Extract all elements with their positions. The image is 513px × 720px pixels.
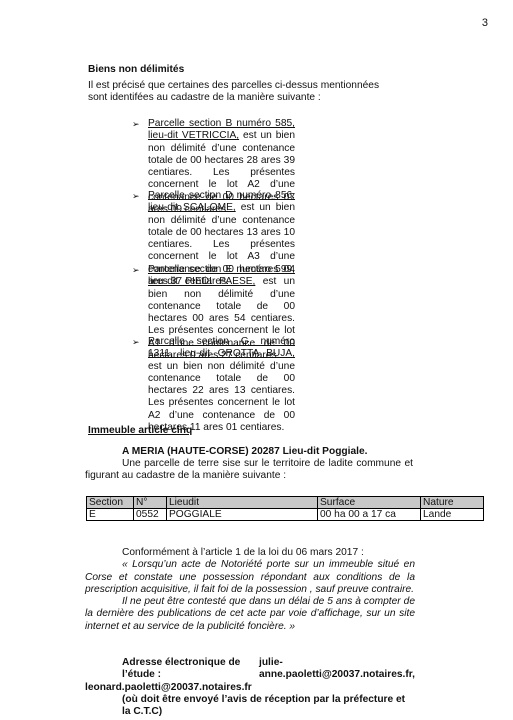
cell-lieudit: POGGIALE	[167, 509, 318, 521]
arrow-bullet-icon: ➢	[132, 118, 140, 130]
arrow-bullet-icon: ➢	[132, 190, 140, 202]
email-link-2[interactable]: leonard.paoletti@20037.notaires.fr	[85, 682, 415, 694]
table-header-row: Section N° Lieudit Surface Nature	[87, 497, 484, 509]
col-section: Section	[87, 497, 134, 509]
property-address: A MERIA (HAUTE-CORSE) 20287 Lieu-dit Pog…	[122, 446, 367, 458]
cadastre-table: Section N° Lieudit Surface Nature E 0552…	[86, 496, 484, 521]
law-quote-paragraph-1: « Lorsqu’un acte de Notoriété porte sur …	[85, 559, 415, 596]
col-lieudit: Lieudit	[167, 497, 318, 509]
email-link-1[interactable]: julie-anne.paoletti@20037.notaires.fr,	[259, 657, 415, 682]
section-heading-biens-non-delimites: Biens non délimités	[88, 64, 184, 76]
contact-line: Adresse électronique de l’étude : julie-…	[85, 657, 415, 682]
parcel-item: ➢ Parcelle section G numéro 1311, lieu-d…	[148, 336, 295, 434]
col-surface: Surface	[318, 497, 421, 509]
col-nature: Nature	[421, 497, 484, 509]
cell-nature: Lande	[421, 509, 484, 521]
section-heading-immeuble-article-cinq: Immeuble article cinq	[88, 425, 192, 437]
property-description: Une parcelle de terre sise sur le territ…	[85, 458, 413, 483]
section-intro: Il est précisé que certaines des parcell…	[88, 80, 388, 105]
contact-note: (où doit être envoyé l’avis de réception…	[85, 694, 415, 719]
parcel-body: est un bien non délimité d’une contenanc…	[148, 361, 295, 433]
contact-label: Adresse électronique de l’étude :	[122, 657, 259, 682]
arrow-bullet-icon: ➢	[132, 336, 140, 348]
cell-surface: 00 ha 00 a 17 ca	[318, 509, 421, 521]
law-reference: Conformément à l’article 1 de la loi du …	[85, 547, 415, 633]
parcel-title: Parcelle section G numéro 1311, lieu-dit…	[148, 336, 295, 359]
law-quote-paragraph-2: Il ne peut être contesté que dans un dél…	[85, 596, 415, 633]
page-number: 3	[482, 17, 488, 29]
cell-section: E	[87, 509, 134, 521]
law-lead: Conformément à l’article 1 de la loi du …	[85, 547, 415, 559]
col-numero: N°	[134, 497, 167, 509]
table-row: E 0552 POGGIALE 00 ha 00 a 17 ca Lande	[87, 509, 484, 521]
arrow-bullet-icon: ➢	[132, 264, 140, 276]
contact-block: Adresse électronique de l’étude : julie-…	[85, 657, 415, 718]
cell-numero: 0552	[134, 509, 167, 521]
